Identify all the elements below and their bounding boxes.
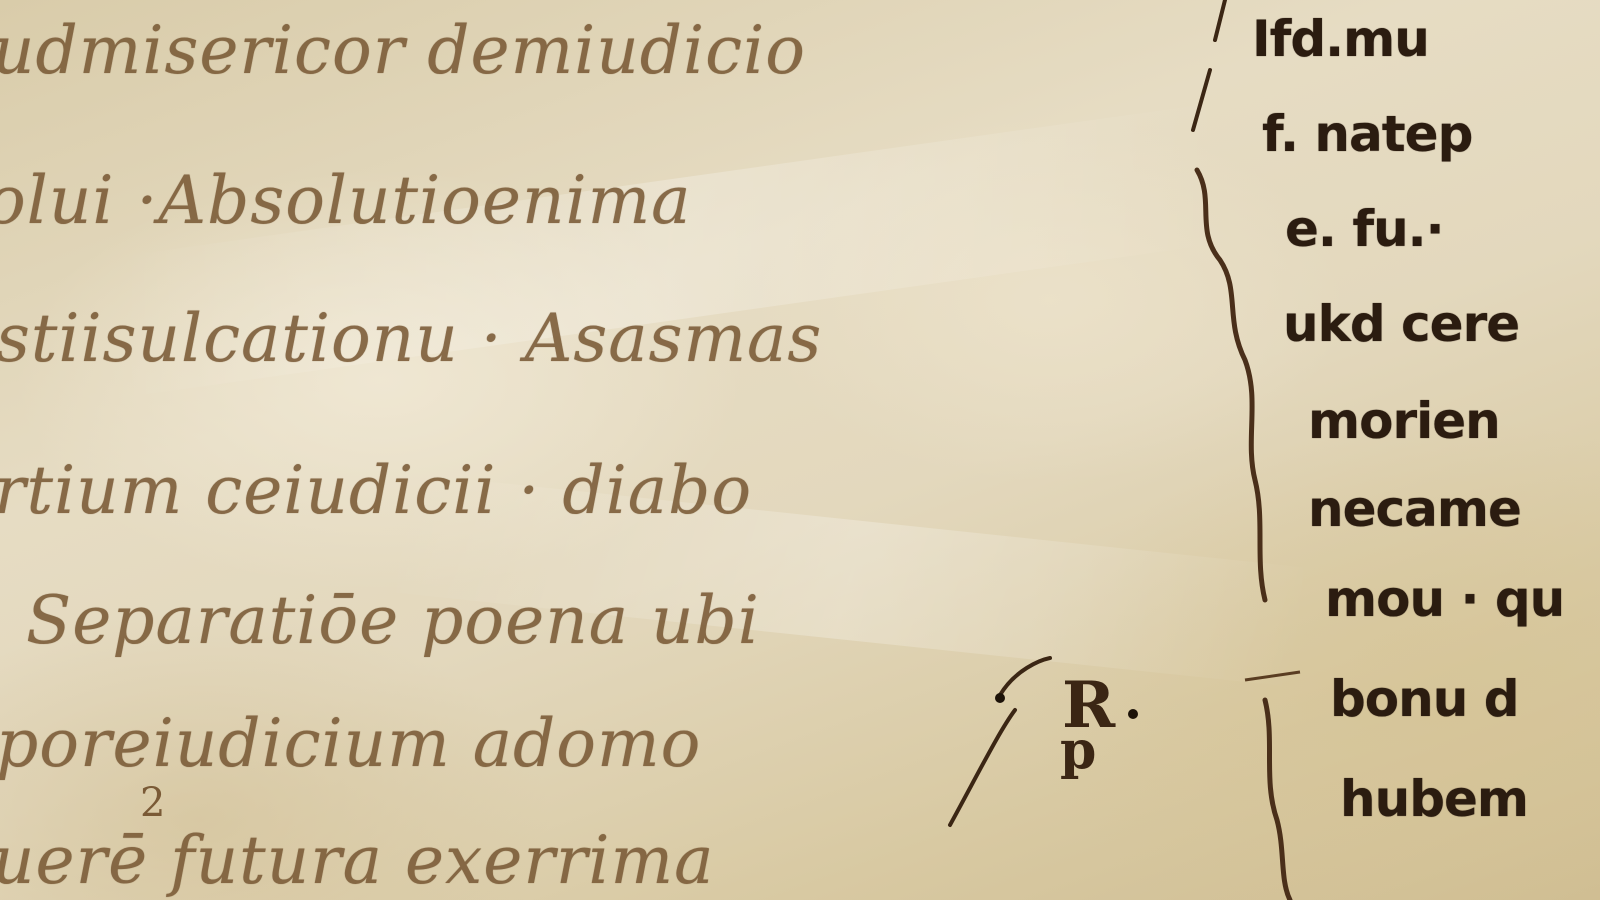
main-text-line: stiisulcationu · Asasmas (0, 300, 822, 377)
main-text-line: olui ·Absolutioenima (0, 162, 692, 239)
main-text-line: udmisericor demiudicio (0, 12, 806, 89)
gloss-line: mou · qu (1325, 570, 1564, 628)
gloss-line: f. natep (1262, 105, 1472, 163)
gloss-line: necame (1308, 480, 1521, 538)
interlinear-numeral: 2 (140, 780, 165, 826)
gloss-line: morien (1308, 392, 1500, 450)
marginal-dot (995, 693, 1005, 703)
gloss-line: Ifd.mu (1252, 10, 1429, 68)
gloss-line: e. fu.· (1285, 200, 1444, 258)
marginal-p-symbol: p (1060, 720, 1096, 781)
main-text-line: rtium ceiudicii · diabo (0, 452, 752, 529)
gloss-line: bonu d (1330, 670, 1519, 728)
main-text-line: poreiudicium adomo (0, 705, 701, 782)
main-text-line: Separatiōe poena ubi (26, 582, 760, 659)
gloss-line: ukd cere (1283, 295, 1519, 353)
marginal-stroke-icon (940, 620, 1080, 840)
main-text-line: uerē futura exerrima (0, 822, 714, 899)
gloss-line: hubem (1340, 770, 1528, 828)
marginal-dot (1128, 709, 1138, 719)
